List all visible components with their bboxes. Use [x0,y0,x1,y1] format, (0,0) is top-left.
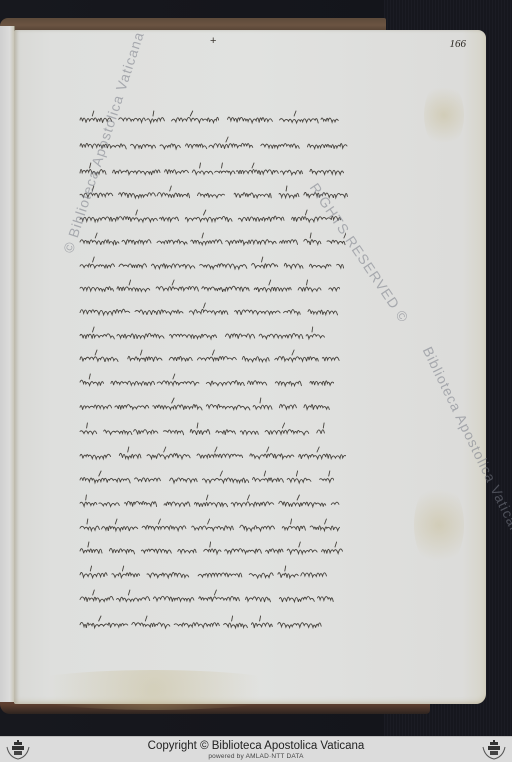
manuscript-line [78,349,340,363]
folio-number: 166 [450,38,467,50]
manuscript-line [78,541,344,555]
manuscript-line [78,279,340,293]
page-stain [424,80,464,150]
copyright-footer: Copyright © Biblioteca Apostolica Vatica… [0,736,512,762]
manuscript-line [78,518,340,532]
image-viewer[interactable]: + 166 RIGHTS RESERVED ©Biblioteca Aposto… [0,0,512,736]
manuscript-line [78,589,334,603]
manuscript-line [78,397,342,411]
manuscript-line [78,136,348,150]
manuscript-folio: + 166 [14,30,486,704]
manuscript-line [78,162,350,176]
manuscript-line [78,373,334,387]
facing-page-edge [0,26,15,702]
manuscript-line [78,615,324,629]
margin-cross-mark: + [210,35,216,47]
manuscript-line [78,470,334,484]
manuscript-line [78,494,340,508]
page-stain [414,480,464,570]
page-stain [4,670,304,710]
copyright-text: Copyright © Biblioteca Apostolica Vatica… [0,740,512,753]
manuscript-line [78,326,332,340]
manuscript-line [78,256,344,270]
powered-by-text: powered by AMLAD·NTT DATA [0,753,512,761]
manuscript-line [78,565,336,579]
manuscript-line [78,422,326,436]
vatican-library-emblem-icon [479,739,509,761]
manuscript-line [78,302,344,316]
manuscript-line [78,446,346,460]
manuscript-line [78,232,346,246]
manuscript-line [78,209,342,223]
